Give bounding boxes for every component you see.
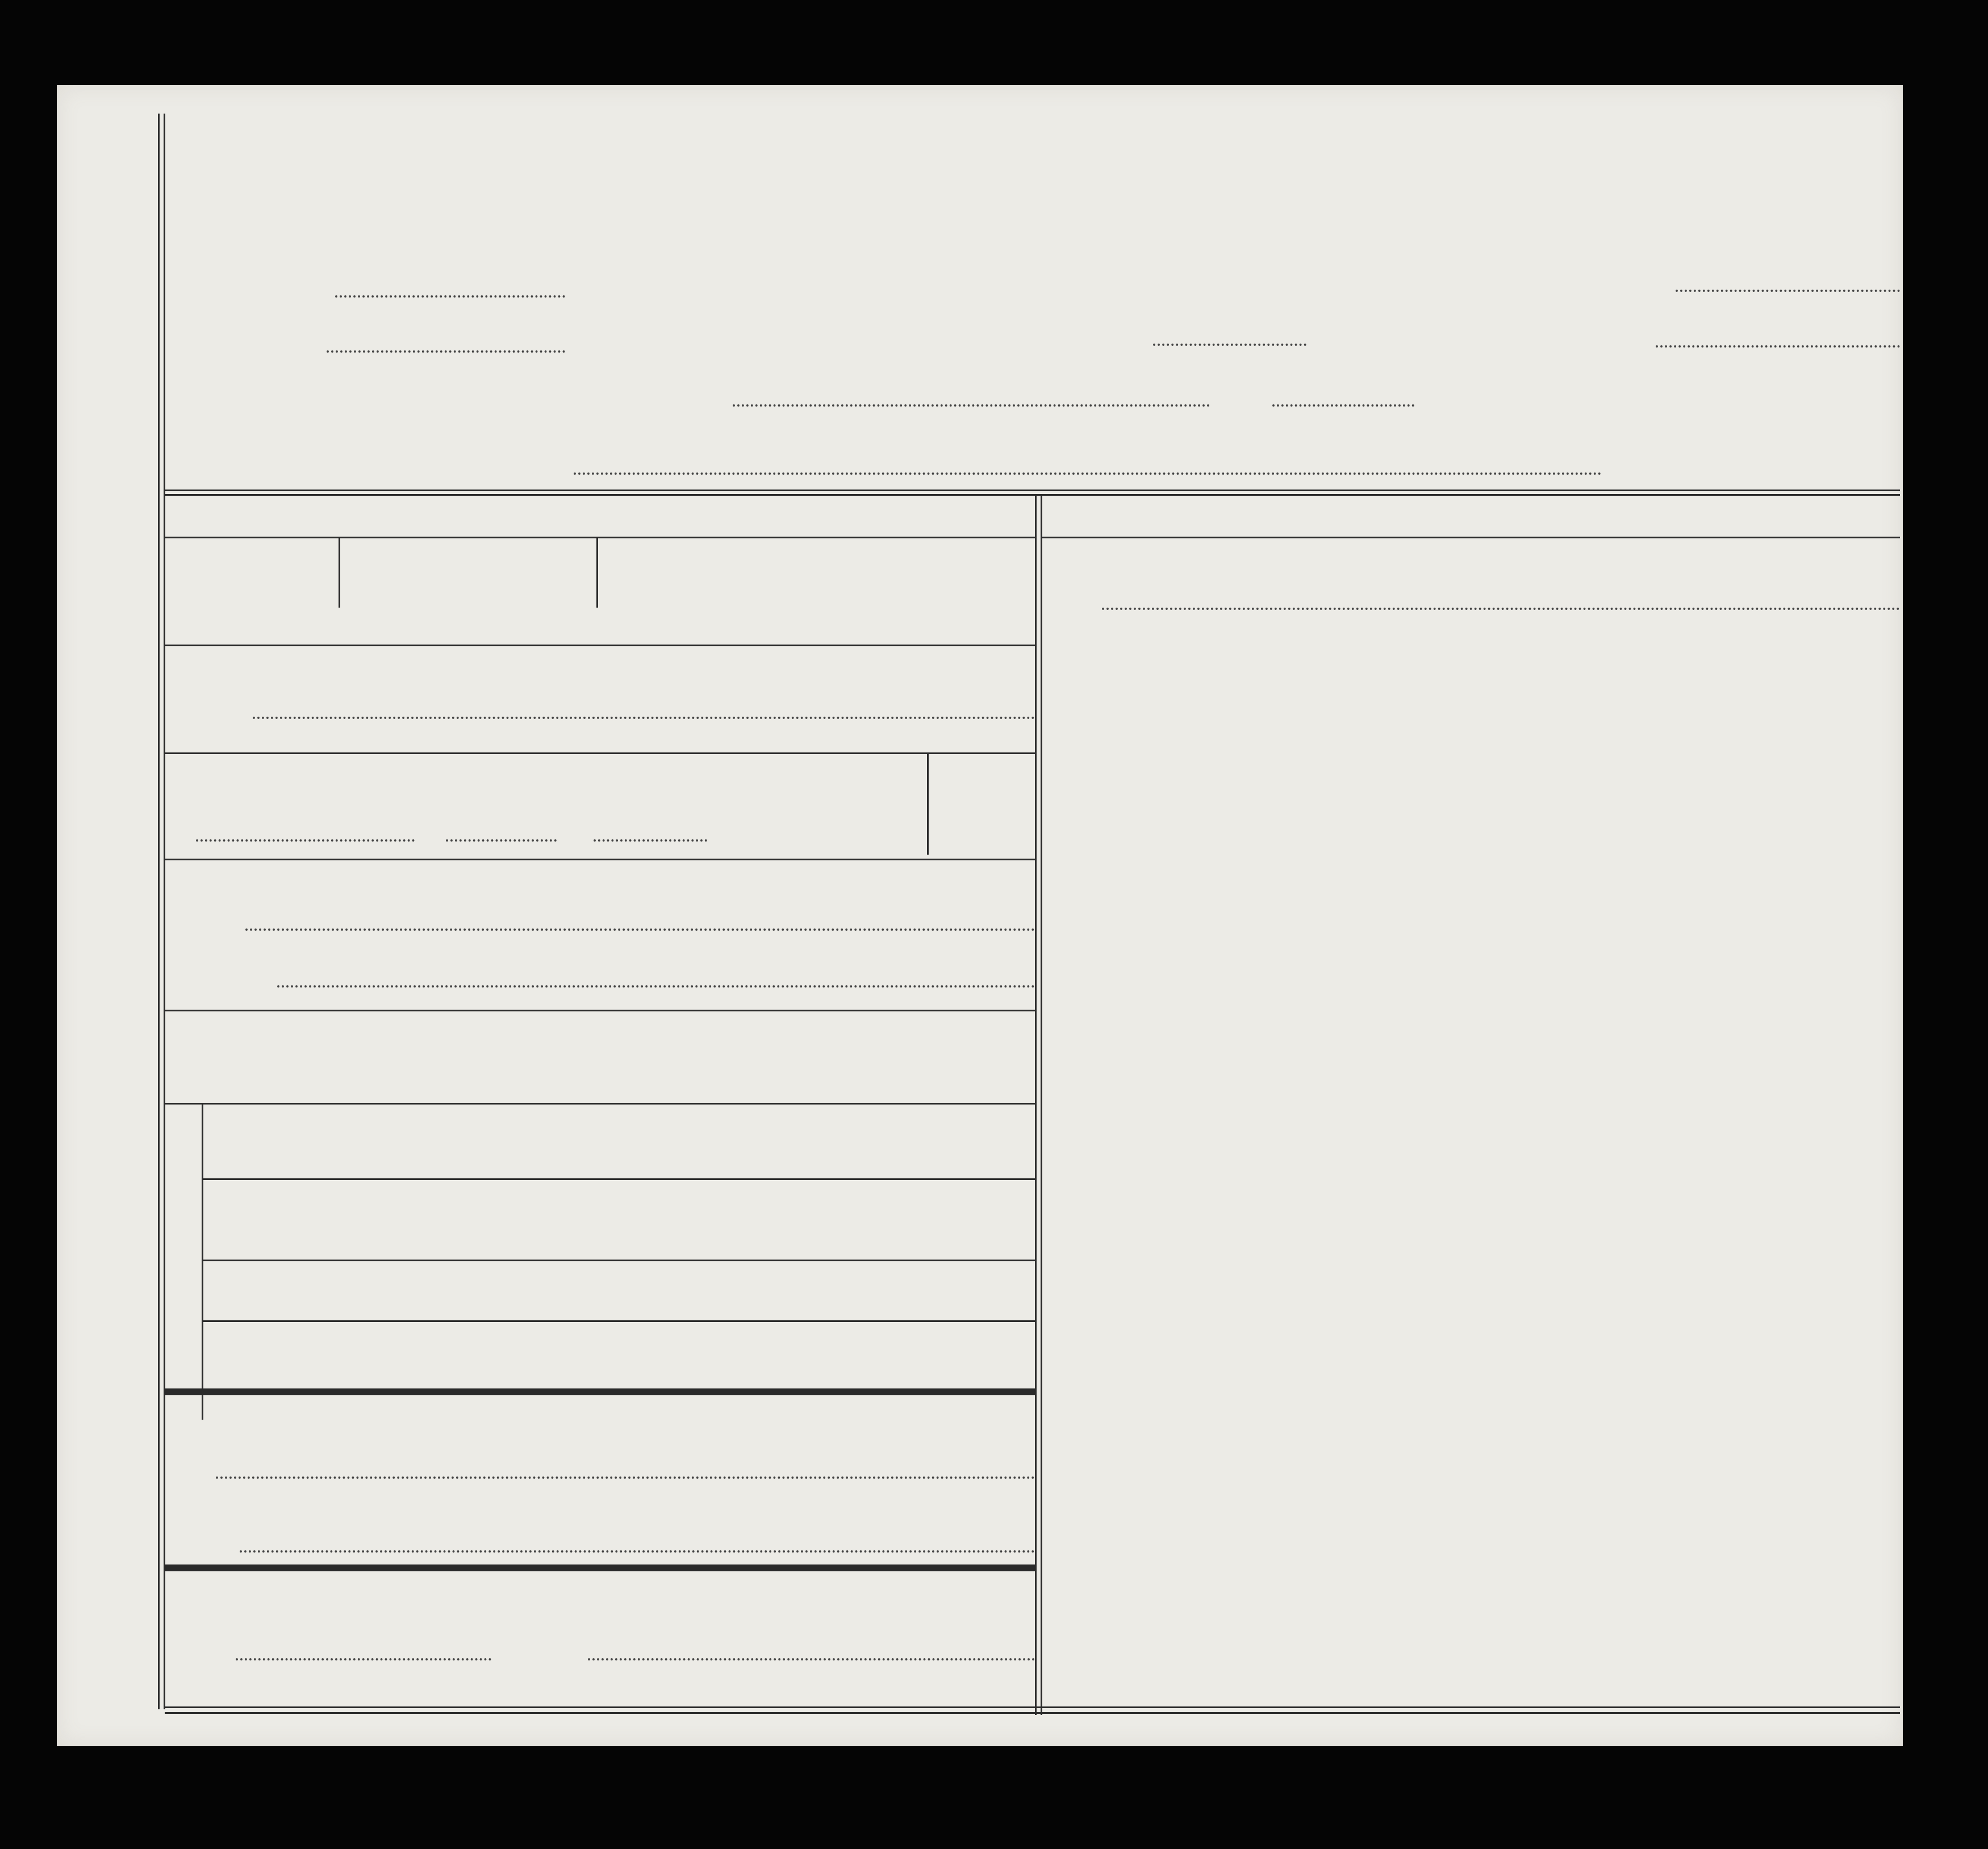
row-divider-mother-birthplace: [203, 1320, 1035, 1322]
section-divider-top: [165, 490, 1900, 491]
township-line: [335, 295, 565, 298]
parents-side-divider: [202, 1105, 203, 1420]
row-divider-birthplace: [165, 1010, 1035, 1011]
age-days-line: [594, 839, 707, 842]
form-left-border-inner: [164, 114, 165, 1709]
form-left-border: [158, 114, 160, 1709]
personal-header-divider: [165, 537, 1035, 538]
race-marital-divider: [596, 537, 598, 608]
ward-line: [1272, 404, 1414, 407]
row-divider-dob: [165, 645, 1035, 646]
sex-race-divider: [339, 537, 340, 608]
bottom-border-1: [165, 1706, 1900, 1708]
row-divider-mother-name: [203, 1260, 1035, 1261]
filed-line: [236, 1658, 491, 1660]
bottom-border-2: [165, 1712, 1900, 1714]
section-divider-top-2: [165, 494, 1900, 496]
file-no-line: [1676, 290, 1900, 292]
row-divider-age: [165, 752, 1035, 754]
informant-line: [216, 1476, 1035, 1479]
certificate-paper: [57, 85, 1903, 1746]
informant-address-line: [240, 1550, 1035, 1553]
thick-divider-informant: [165, 1388, 1035, 1395]
row-divider-father-birthplace: [203, 1178, 1035, 1180]
registered-no-line: [1656, 345, 1900, 348]
street-line: [733, 404, 1210, 407]
column-divider-left: [1035, 494, 1037, 1715]
dob-line: [253, 717, 1035, 719]
death-date-line: [1102, 608, 1900, 610]
age-years-line: [196, 839, 415, 842]
medical-header-divider: [1042, 537, 1900, 538]
thick-divider-filing: [165, 1564, 1035, 1571]
occupation-b-line: [277, 985, 1035, 988]
row-divider-occupation: [165, 859, 1035, 860]
age-months-line: [446, 839, 557, 842]
primary-registration-line: [1153, 344, 1306, 346]
full-name-line: [574, 472, 1602, 475]
borough-line: [327, 350, 565, 353]
column-divider-right: [1041, 494, 1042, 1715]
less-than-day-divider: [927, 752, 929, 855]
occupation-a-line: [245, 928, 1035, 931]
row-divider-parents: [165, 1103, 1035, 1105]
registrar-line: [588, 1658, 1035, 1660]
